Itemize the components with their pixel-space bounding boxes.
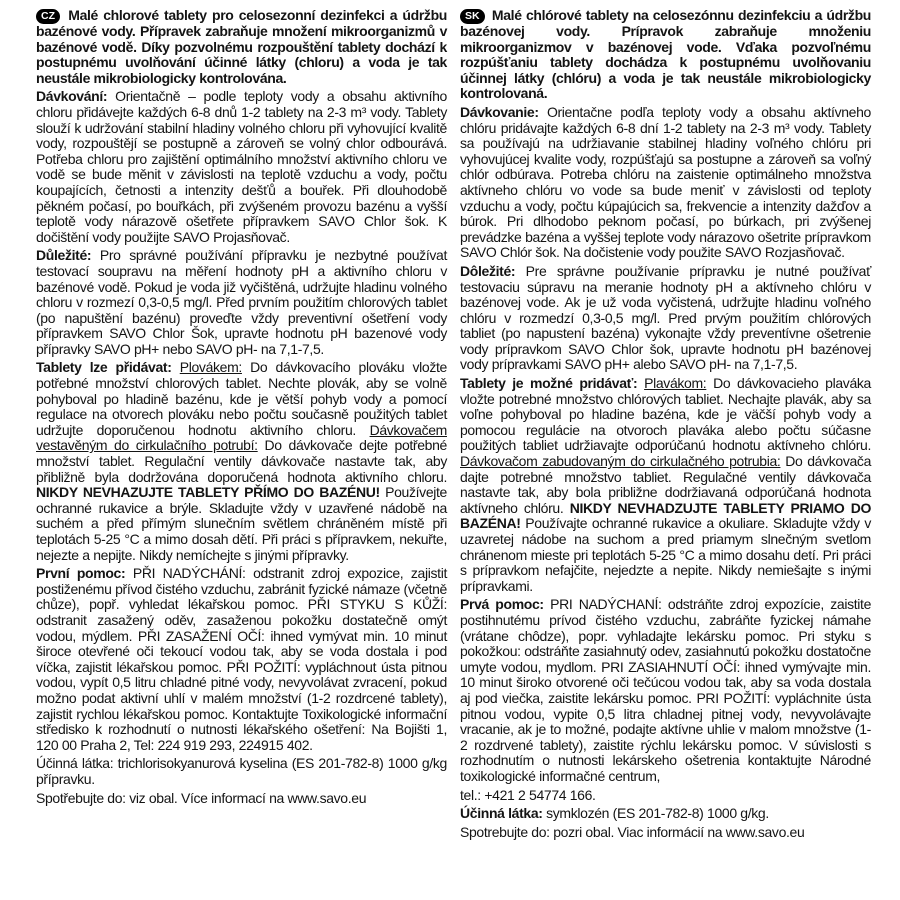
- body-text: [172, 359, 180, 375]
- bold-text: Důležité:: [36, 247, 91, 263]
- paragraph: Účinná látka: trichlorisokyanurová kysel…: [36, 756, 447, 787]
- body-text: Používajte ochranné rukavice a okuliare.…: [460, 515, 871, 593]
- body-text: PŘI NADÝCHÁNÍ: odstranit zdroj expozice,…: [36, 565, 447, 753]
- column-cz: CZ Malé chlorové tablety pro celosezonní…: [36, 8, 447, 900]
- underlined-text: Dávkovačom zabudovaným do cirkulačného p…: [460, 453, 780, 469]
- body-text: symklozén (ES 201-782-8) 1000 g/kg.: [543, 805, 769, 821]
- product-label-document: CZ Malé chlorové tablety pro celosezonní…: [0, 0, 900, 900]
- bold-text: Prvá pomoc:: [460, 596, 544, 612]
- underlined-text: Plovákem:: [180, 359, 242, 375]
- bold-text: Dôležité:: [460, 263, 515, 279]
- paragraph: Účinná látka: symklozén (ES 201-782-8) 1…: [460, 806, 871, 822]
- paragraph: Důležité: Pro správné používání přípravk…: [36, 248, 447, 357]
- body-text: Spotřebujte do: viz obal. Více informací…: [36, 790, 366, 806]
- body-text: Pro správné používání přípravku je nezby…: [36, 247, 447, 357]
- bold-text: Malé chlorové tablety pro celosezonní de…: [36, 7, 447, 86]
- body-text: PRI NADÝCHANÍ: odstráňte zdroj expozície…: [460, 596, 871, 784]
- body-text: tel.: +421 2 54774 166.: [460, 787, 596, 803]
- paragraph: Dávkovanie: Orientačne podľa teploty vod…: [460, 105, 871, 261]
- body-text: Orientačně – podle teploty vody a obsahu…: [36, 88, 447, 244]
- body-text: Pre správne používanie prípravku je nutn…: [460, 263, 871, 373]
- paragraph: Spotrebujte do: pozri obal. Viac informá…: [460, 825, 871, 841]
- body-text: Orientačne podľa teploty vody a obsahu a…: [460, 104, 871, 260]
- column-sk: SK Malé chlórové tablety na celosezónnu …: [460, 8, 871, 900]
- paragraph: Spotřebujte do: viz obal. Více informací…: [36, 791, 447, 807]
- bold-text: Malé chlórové tablety na celosezónnu dez…: [460, 7, 871, 101]
- paragraph: Dávkování: Orientačně – podle teploty vo…: [36, 89, 447, 245]
- underlined-text: Plavákom:: [644, 375, 706, 391]
- paragraph: SK Malé chlórové tablety na celosezónnu …: [460, 8, 871, 102]
- paragraph: tel.: +421 2 54774 166.: [460, 788, 871, 804]
- bold-text: Dávkovanie:: [460, 104, 539, 120]
- bold-text: Dávkování:: [36, 88, 107, 104]
- lang-badge-sk: SK: [460, 9, 485, 24]
- body-text: Spotrebujte do: pozri obal. Viac informá…: [460, 824, 804, 840]
- paragraph: Prvá pomoc: PRI NADÝCHANÍ: odstráňte zdr…: [460, 597, 871, 784]
- paragraph: Dôležité: Pre správne používanie príprav…: [460, 264, 871, 373]
- bold-text: NIKDY NEVHAZUJTE TABLETY PŘÍMO DO BAZÉNU…: [36, 484, 380, 500]
- body-text: Účinná látka: trichlorisokyanurová kysel…: [36, 755, 447, 787]
- paragraph: Tablety lze přidávat: Plovákem: Do dávko…: [36, 360, 447, 563]
- bold-text: Tablety je možné pridávať:: [460, 375, 637, 391]
- lang-badge-cz: CZ: [36, 9, 60, 24]
- paragraph: První pomoc: PŘI NADÝCHÁNÍ: odstranit zd…: [36, 566, 447, 753]
- paragraph: CZ Malé chlorové tablety pro celosezonní…: [36, 8, 447, 86]
- paragraph: Tablety je možné pridávať: Plavákom: Do …: [460, 376, 871, 594]
- bold-text: První pomoc:: [36, 565, 125, 581]
- bold-text: Tablety lze přidávat:: [36, 359, 172, 375]
- bold-text: Účinná látka:: [460, 805, 543, 821]
